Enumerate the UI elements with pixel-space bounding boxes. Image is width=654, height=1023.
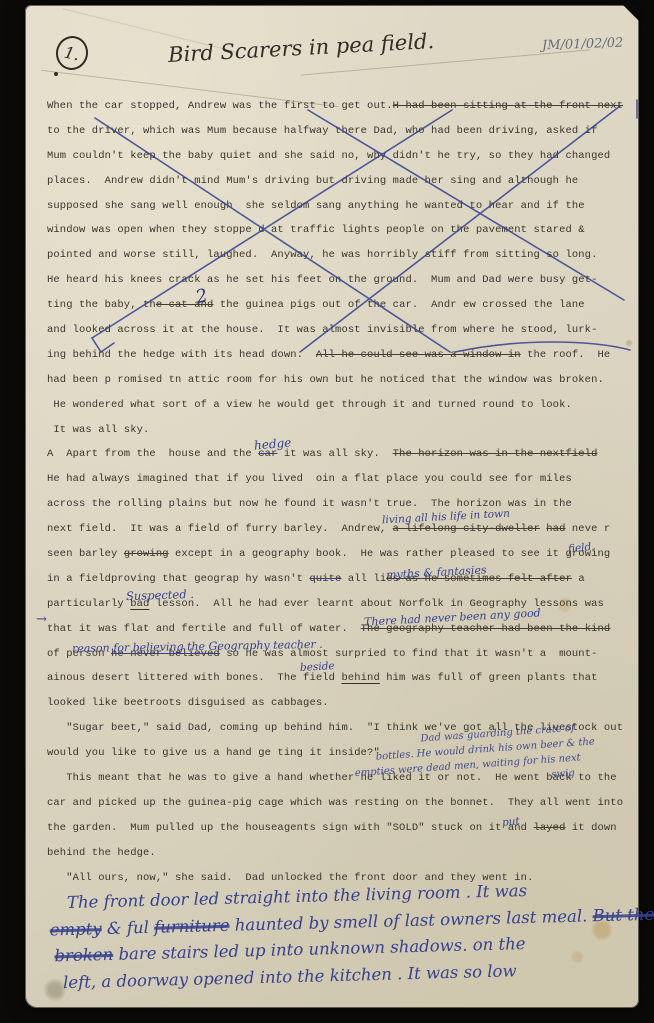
typed-line: ting the baby, the cat and the guinea pi… [47, 293, 627, 318]
typed-line: car and picked up the guinea-pig cage wh… [47, 791, 627, 816]
typed-line: had been p romised tn attic room for his… [47, 368, 627, 393]
typed-line: seen barley growing except in a geograph… [47, 542, 627, 567]
typed-line: ainous desert littered with bones. The f… [47, 666, 627, 691]
annotation-beside: beside [300, 660, 335, 674]
ink-dot [54, 72, 58, 76]
typed-line: ing behind the hedge with its head down.… [47, 343, 627, 368]
corner-fold [623, 5, 639, 21]
typed-line: pointed and worse still, laughed. Anyway… [47, 243, 627, 268]
typed-line: It was all sky. [47, 418, 627, 443]
typed-line: He wondered what sort of a view he would… [47, 393, 627, 418]
typed-line: looked like beetroots disguised as cabba… [47, 691, 627, 716]
margin-arrow-icon: → [36, 612, 47, 627]
typed-line: and looked across it at the house. It wa… [47, 318, 627, 343]
typed-line: next field. It was a field of furry barl… [47, 517, 627, 542]
typed-line: that it was flat and fertile and full of… [47, 617, 627, 642]
annotation-bottom-draft: The front door led straight into the liv… [49, 876, 624, 997]
annotation-put: put [501, 815, 520, 829]
annotation-suspected: Suspected . [126, 587, 194, 603]
typed-line: behind the hedge. [47, 841, 627, 866]
typed-line: Mum couldn't keep the baby quiet and she… [47, 144, 627, 169]
typed-line: the garden. Mum pulled up the houseagent… [47, 816, 627, 841]
typed-line: He heard his knees crack as he set his f… [47, 268, 627, 293]
photo-backdrop: When the car stopped, Andrew was the fir… [0, 0, 654, 1023]
typed-line: window was open when they stoppe d at tr… [47, 218, 627, 243]
archive-reference: JM/01/02/02 [542, 36, 624, 54]
typed-line: supposed she sang well enough she seldom… [47, 194, 627, 219]
typed-line: A Apart from the house and the car it wa… [47, 442, 627, 467]
typed-line: to the driver, which was Mum because hal… [47, 119, 627, 144]
typed-line: He had always imagined that if you lived… [47, 467, 627, 492]
typed-line: places. Andrew didn't mind Mum's driving… [47, 169, 627, 194]
typed-line: across the rolling plains but now he fou… [47, 492, 627, 517]
typed-line: When the car stopped, Andrew was the fir… [47, 94, 627, 119]
